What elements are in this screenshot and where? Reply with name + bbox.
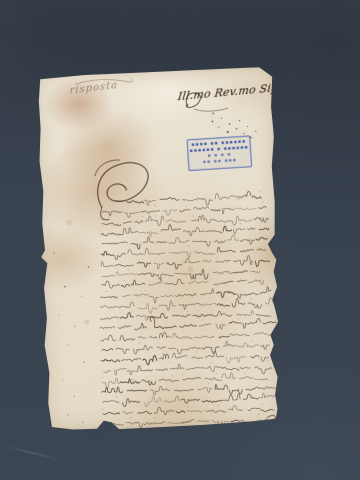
body-text-strokes <box>96 191 280 432</box>
closing-flourish <box>265 415 275 425</box>
background-scratch <box>3 445 64 462</box>
stamp-row-4: ▪▪ ▪▪ ▪▪▪ <box>203 159 237 167</box>
handwriting-svg <box>35 67 283 432</box>
manuscript-page: risposta Ill.mo Rev.mo Sig. ▪▪▪▪ ▪▪ ▪▪▪▪… <box>35 67 283 432</box>
initial-flourish <box>95 159 150 220</box>
photo-background: risposta Ill.mo Rev.mo Sig. ▪▪▪▪ ▪▪ ▪▪▪▪… <box>0 0 360 480</box>
archive-stamp: ▪▪▪▪ ▪▪ ▪▪▪▪▪▪ ▪▪▪▪▪▪ ▪ ▪▪▪▪▪▪ ▪ ▪ ▪ ▪ ▪… <box>186 135 252 171</box>
